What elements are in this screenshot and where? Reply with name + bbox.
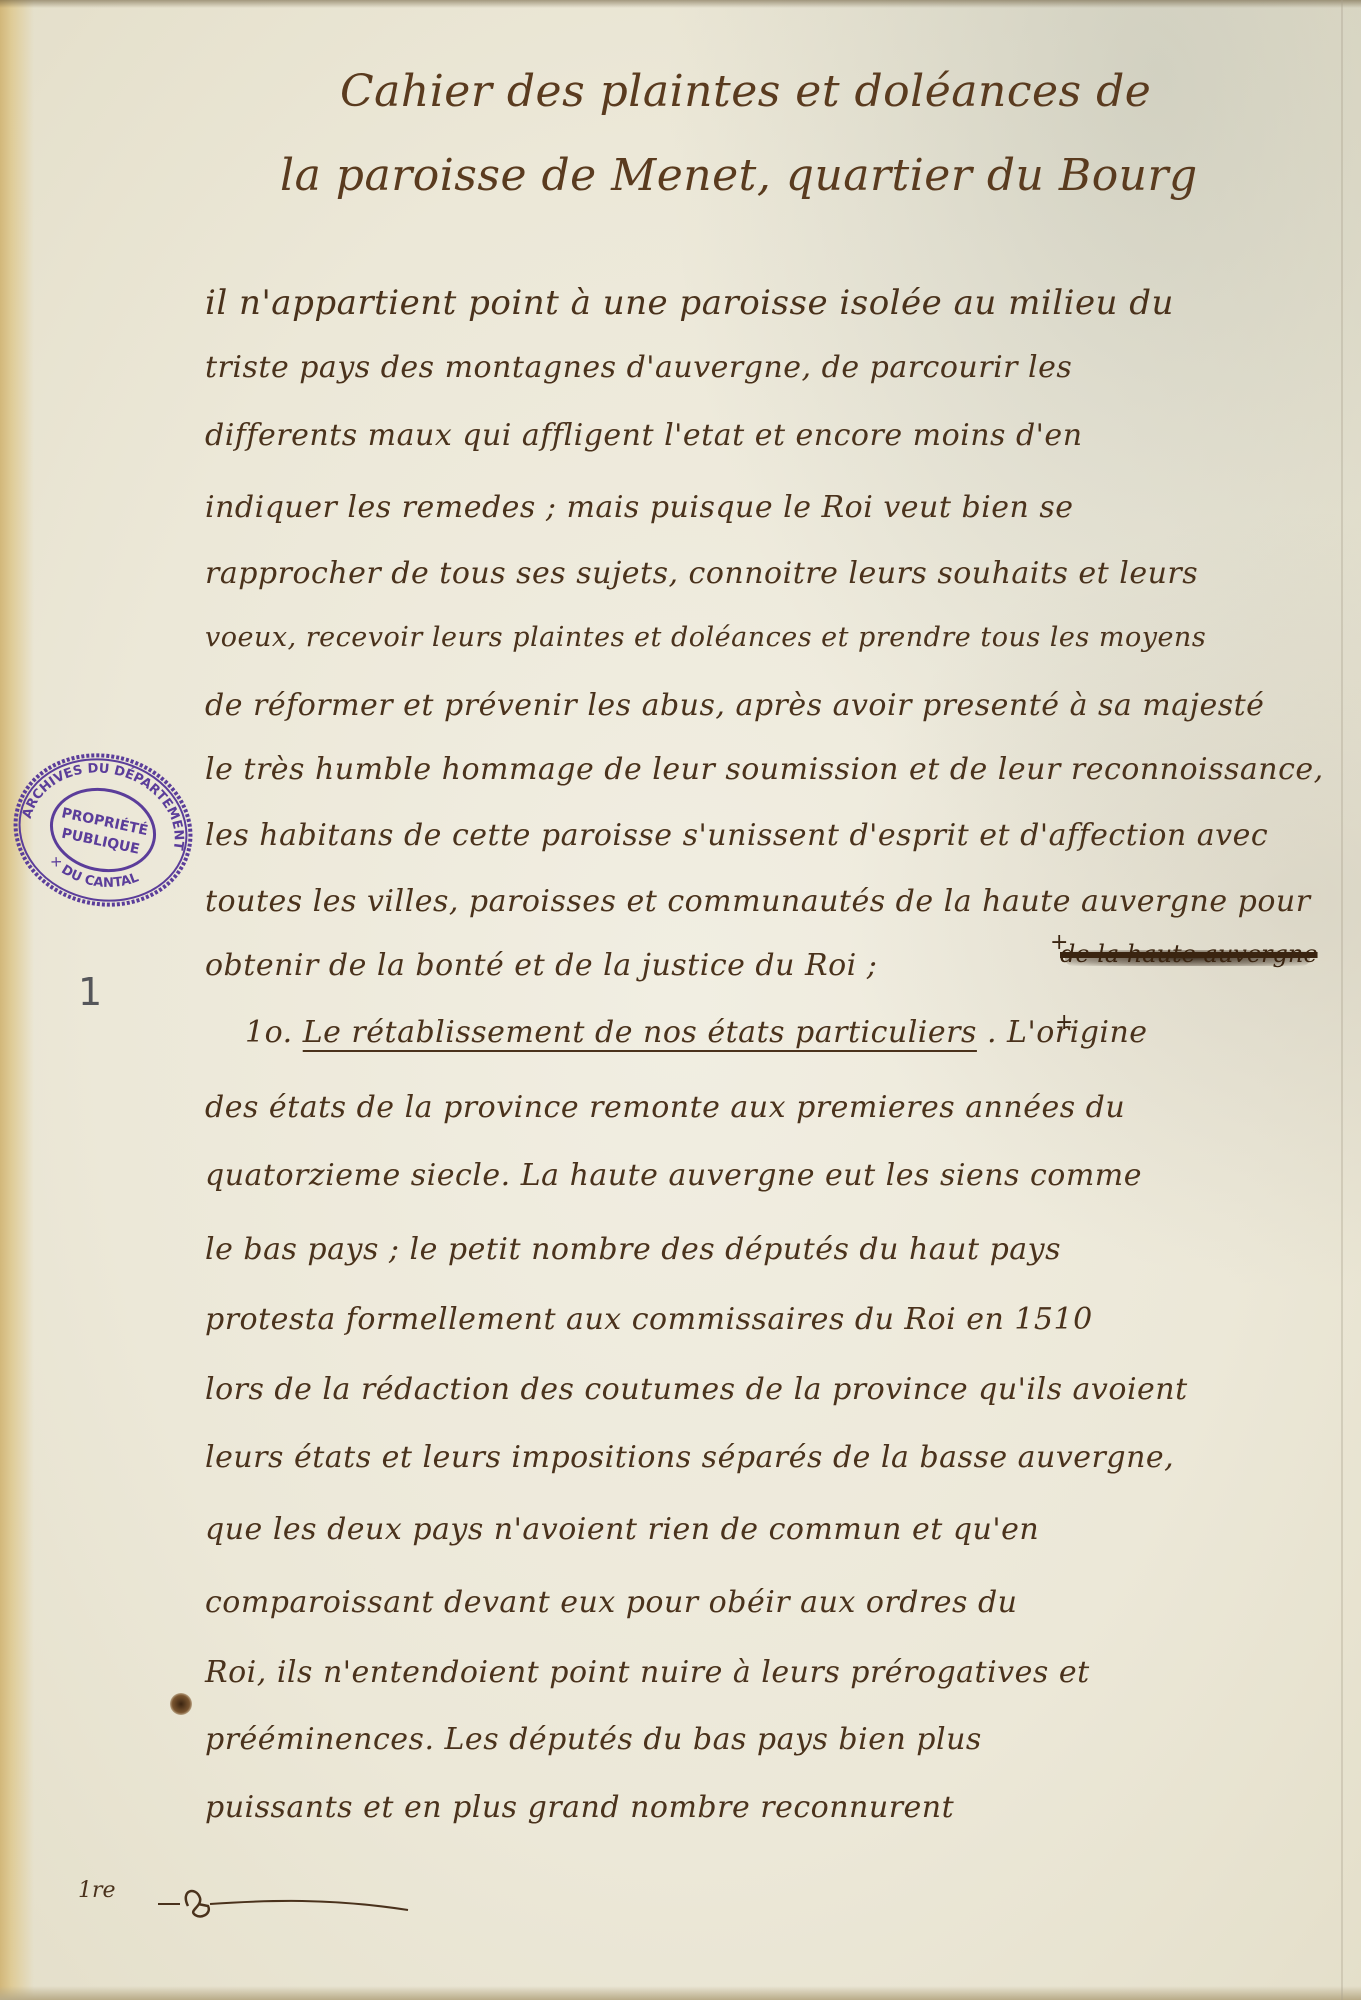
- body-line-10: toutes les villes, paroisses et communau…: [205, 884, 1311, 919]
- folio-note: 1re: [78, 1878, 116, 1903]
- manuscript-page: Cahier des plaintes et doléances de la p…: [0, 0, 1361, 2000]
- body-line-3: differents maux qui affligent l'etat et …: [205, 418, 1083, 453]
- svg-text:✕ DU CANTAL: ✕ DU CANTAL: [43, 852, 143, 899]
- paper-edge-top: [0, 0, 1361, 8]
- body-line-1: il n'appartient point à une paroisse iso…: [205, 283, 1174, 323]
- body-line-5: rapprocher de tous ses sujets, connoitre…: [205, 556, 1198, 591]
- underlined-heading: Le rétablissement de nos états particuli…: [303, 1015, 977, 1050]
- closing-flourish-icon: [150, 1880, 410, 1930]
- body-line-14: quatorzieme siecle. La haute auvergne eu…: [205, 1158, 1142, 1193]
- body-line-22: prééminences. Les députés du bas pays bi…: [205, 1722, 982, 1757]
- body-line-2: triste pays des montagnes d'auvergne, de…: [205, 350, 1072, 385]
- pencil-page-number: 1: [78, 970, 102, 1014]
- item-1-line: 1o. Le rétablissement de nos états parti…: [245, 1015, 1148, 1050]
- body-line-18: leurs états et leurs impositions séparés…: [205, 1440, 1174, 1475]
- body-line-19: que les deux pays n'avoient rien de comm…: [205, 1512, 1039, 1547]
- body-line-11: obtenir de la bonté et de la justice du …: [205, 948, 877, 983]
- body-line-6: voeux, recevoir leurs plaintes et doléan…: [205, 622, 1206, 653]
- body-line-17: lors de la rédaction des coutumes de la …: [205, 1372, 1188, 1407]
- body-line-4: indiquer les remedes ; mais puisque le R…: [205, 490, 1074, 525]
- insertion-mark-top: +: [1050, 930, 1068, 955]
- body-line-23: puissants et en plus grand nombre reconn…: [205, 1790, 954, 1825]
- paper-edge-bottom: [0, 1986, 1361, 2000]
- insertion-mark-bottom: +: [1055, 1010, 1073, 1035]
- document-title-line-2: la paroisse de Menet, quartier du Bourg: [280, 150, 1198, 201]
- body-line-8: le très humble hommage de leur soumissio…: [205, 752, 1324, 787]
- ink-blot: [170, 1693, 192, 1715]
- struck-insertion: de la haute auvergne: [1060, 940, 1318, 968]
- body-line-7: de réformer et prévenir les abus, après …: [205, 688, 1264, 723]
- paper-edge-left: [0, 0, 34, 2000]
- body-line-21: Roi, ils n'entendoient point nuire à leu…: [205, 1655, 1090, 1690]
- paper-fold: [1341, 0, 1343, 2000]
- body-line-9: les habitans de cette paroisse s'unissen…: [205, 818, 1268, 853]
- document-title-line-1: Cahier des plaintes et doléances de: [340, 66, 1151, 117]
- body-line-20: comparoissant devant eux pour obéir aux …: [205, 1585, 1018, 1620]
- body-line-16: protesta formellement aux commissaires d…: [205, 1302, 1093, 1337]
- item-number: 1o.: [245, 1015, 293, 1050]
- body-line-15: le bas pays ; le petit nombre des député…: [205, 1232, 1061, 1267]
- body-line-13: des états de la province remonte aux pre…: [205, 1090, 1125, 1125]
